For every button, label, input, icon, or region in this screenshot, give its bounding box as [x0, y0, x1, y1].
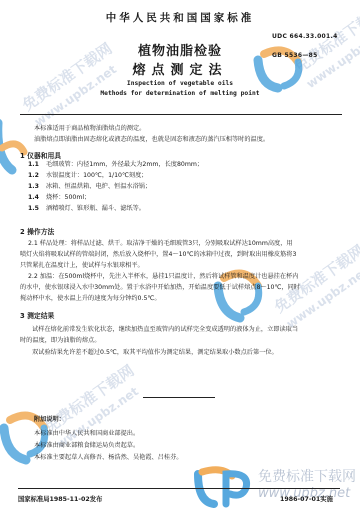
header-divider	[20, 114, 342, 115]
item-text: 冰箱、恒温烘箱、电炉、恒温水浴锅；	[46, 183, 151, 190]
section1-item: 1.3冰箱、恒温烘箱、电炉、恒温水浴锅；	[28, 183, 151, 192]
item-number: 1.1	[28, 161, 46, 170]
document-title-line1: 植物油脂检验	[0, 40, 360, 59]
additional-line3: 本标准主要起草人高修吾、杨浩然、吴艳霞、吕桂芬。	[34, 454, 183, 463]
section1-item: 1.2水银温度计：100℃，1/10℃刻度；	[28, 172, 147, 181]
item-text: 烧杯：500ml；	[46, 194, 90, 201]
section2-p1-line2: 喷灯火焰将吸取试样的管端封闭，然后放入烧杯中，置4～10℃的冰箱中过夜，到时取出…	[20, 251, 296, 260]
organization-header: 中华人民共和国国家标准	[0, 10, 360, 25]
additional-line2: 本标准由商业部粮食储运局负责起草。	[34, 442, 139, 451]
section2-heading: 2 操作方法	[20, 226, 54, 236]
intro-line1: 本标准适用于商品植物油脂熔点的测定。	[34, 125, 145, 134]
item-number: 1.2	[28, 172, 46, 181]
section3-p2-line1: 双试验结果允许差不超过0.5℃，取其平均值作为测定结果，测定结果取小数点后第一位…	[32, 349, 278, 358]
english-title-line2: Methods for determination of melting poi…	[0, 90, 360, 97]
section1-heading: 1 仪器和用具	[20, 150, 61, 160]
footer-divider	[18, 488, 340, 489]
issued-date: 国家标准局1985-11-02发布	[18, 494, 102, 503]
section1-item: 1.5酒精喷灯、锥形瓶、漏斗、滤纸等。	[28, 205, 145, 214]
udc-code: UDC 664.33.001.4	[272, 33, 338, 40]
section2-p2-line1: 2.2 加温：在500ml烧杯中，先注入半杯水，悬挂1只温度计，然后将试样管和温…	[28, 273, 298, 282]
item-text: 酒精喷灯、锥形瓶、漏斗、滤纸等。	[46, 205, 145, 212]
additional-line1: 本标准由中华人民共和国商业部提出。	[34, 430, 139, 439]
watermark-brand-cn: 免费标准下载网	[258, 466, 356, 486]
english-title-line1: Inspection of vegetable oils	[0, 80, 360, 87]
item-number: 1.5	[28, 205, 46, 214]
up-logo-icon	[208, 258, 268, 328]
effective-date: 1986-07-01实施	[280, 494, 333, 503]
item-number: 1.3	[28, 183, 46, 192]
section3-p1-line2: 时的温度，即为油脂的熔点。	[20, 337, 100, 346]
document-title-line2: 熔点测定法	[0, 59, 360, 78]
item-text: 毛细玻管：内径1mm，外径最大为2mm，长度80mm；	[46, 161, 203, 168]
section2-p1-line1: 2.1 样品处理：将样品过滤、烘干。取洁净干燥的毛细玻管3只，分别吸取试样达10…	[28, 240, 293, 249]
section3-heading: 3 测定结果	[20, 310, 54, 320]
section2-p2-line2: 的水中，使水银球浸入水中30mm处。置于水浴中开始加热，开始温度要低于试样熔点8…	[20, 284, 300, 293]
section1-item: 1.1毛细玻管：内径1mm，外径最大为2mm，长度80mm；	[28, 161, 203, 170]
section3-p1-line1: 试样在熔化前常发生软化状态，继续加热直至玻管内的试样完全变成透明的液体为止，立即…	[32, 326, 298, 335]
intro-line2: 油脂熔点即油脂由固态熔化或液态的温度，也就是固态和液态的蒸汽压相等时的温度。	[34, 136, 269, 145]
section1-item: 1.4烧杯：500ml；	[28, 194, 90, 203]
section2-p1-line3: 只管紧扎在温度计上，使试样与水银球相平。	[20, 262, 144, 271]
item-number: 1.4	[28, 194, 46, 203]
additional-heading: 附加说明：	[34, 416, 65, 425]
up-logo-icon	[192, 464, 256, 510]
end-of-text-divider	[143, 397, 215, 398]
item-text: 水银温度计：100℃，1/10℃刻度；	[46, 172, 147, 179]
section2-p2-line3: 搅动杯中水，使水温上升的速度为每分钟约0.5℃。	[20, 295, 161, 304]
